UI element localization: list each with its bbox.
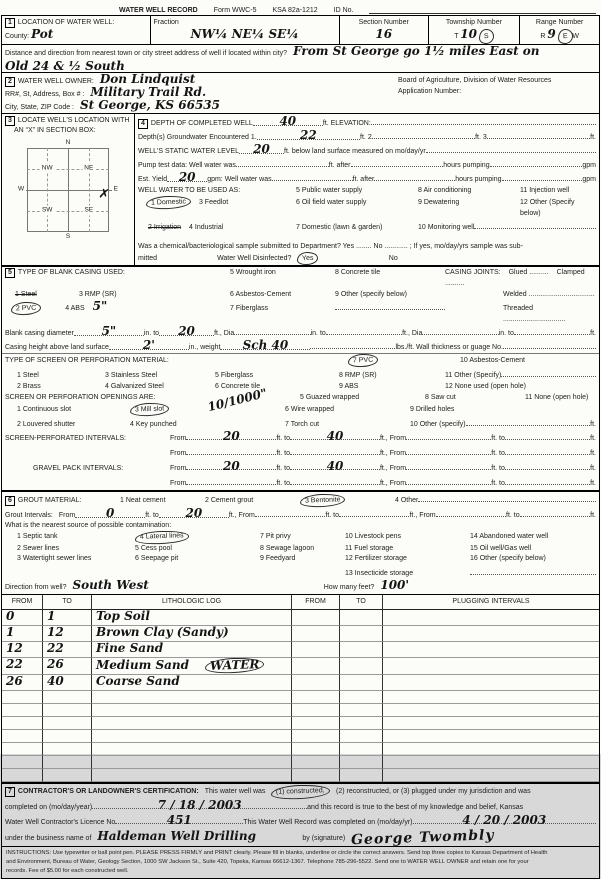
township-cell: Township Number T 10 S	[429, 16, 521, 44]
gpi-to-value: 40	[327, 459, 344, 473]
plug-row-from	[292, 717, 340, 730]
openings-4: 4 Key punched	[130, 419, 285, 430]
plug-row-from	[292, 691, 340, 704]
litho-row-to: 1	[43, 610, 92, 626]
gpi2-from-blank	[186, 475, 276, 485]
screen-material-10: 10 Asbestos-Cement	[460, 355, 596, 366]
openings-2: 2 Louvered shutter	[5, 419, 130, 430]
litho-row-to	[43, 756, 92, 769]
section-2-owner: 2 WATER WELL OWNER: Don Lindquist RR#, S…	[2, 72, 599, 113]
gpi-from-value: 20	[223, 459, 240, 473]
plug-row-to	[340, 691, 383, 704]
direction-label: Direction from well?	[5, 582, 66, 594]
yield-gpm-label: gpm	[582, 174, 596, 185]
board-line1: Board of Agriculture, Division of Water …	[398, 75, 595, 86]
use-option-10: 10 Monitoring well	[418, 222, 474, 233]
gpi2-blank-1	[406, 475, 491, 485]
gpi2-from-label: From	[170, 478, 186, 490]
section-6-number: 6	[5, 496, 15, 506]
grout-option-3-circled: 3 Bentonite	[300, 493, 346, 508]
groundwater-value: 22	[300, 128, 317, 142]
litho-row-log: Coarse Sand	[92, 675, 292, 691]
plug-row-desc	[383, 642, 599, 658]
litho-row-log	[92, 743, 292, 756]
col-header-from-2: FROM	[292, 595, 340, 610]
address-label: RR#, St, Address, Box # :	[5, 89, 84, 100]
quadrant-nw-label: NW	[40, 164, 55, 174]
screen-material-11: 11 Other (Specify)	[445, 370, 501, 381]
diameter-ft-label: ft.	[590, 328, 596, 339]
diameter-blank-5	[514, 325, 590, 335]
cert-body-1: This water well was	[205, 786, 266, 798]
weight-label: in., weight	[189, 342, 221, 353]
cert-body-2: (2) reconstructed, or (3) plugged under …	[336, 786, 531, 798]
business-name-label: under the business name of	[5, 832, 91, 846]
plug-row-from	[292, 642, 340, 658]
section-1-location: 1LOCATION OF WATER WELL: County: Pot Fra…	[2, 16, 599, 72]
form-header: WATER WELL RECORD Form WWC-5 KSA 82a-121…	[1, 2, 600, 15]
gpi2-blank-2	[505, 475, 590, 485]
casing-option-4: 4 ABS	[65, 305, 84, 312]
locate-title-line2: AN “X” IN SECTION BOX:	[5, 126, 131, 136]
spi2-ftto-label: ft. to	[276, 448, 290, 460]
use-option-7: 7 Domestic (lawn & garden)	[296, 222, 418, 233]
diameter-ftdia-2: ft., Dia	[402, 328, 422, 339]
plug-row-desc	[383, 743, 599, 756]
contam-2: 2 Sewer lines	[5, 544, 135, 555]
litho-row-from	[2, 743, 43, 756]
plug-row-from	[292, 675, 340, 691]
section-7-certification: 7 CONTRACTOR'S OR LANDOWNER'S CERTIFICAT…	[2, 782, 599, 846]
screen-material-9: 9 ABS	[333, 381, 445, 392]
joints-threaded: Threaded ...............................…	[445, 303, 596, 325]
section-1-title: LOCATION OF WATER WELL:	[18, 19, 114, 26]
use-option-4: 4 Industrial	[189, 224, 223, 231]
depth-completed-label: DEPTH OF COMPLETED WELL	[151, 118, 253, 129]
pump-gpm-label: gpm	[582, 160, 596, 171]
use-option-3: 3 Feedlot	[199, 199, 228, 206]
casing-height-label: Casing height above land surface	[5, 342, 109, 353]
plug-row-to	[340, 730, 383, 743]
plug-row-from	[292, 743, 340, 756]
compass-west-label: W	[16, 185, 26, 195]
contam-14: 14 Abandoned water well	[470, 532, 596, 543]
plug-row-to	[340, 675, 383, 691]
grout-option-1: 1 Neat cement	[120, 495, 205, 506]
casing-joints-label: CASING JOINTS:	[445, 269, 501, 276]
plug-row-to	[340, 642, 383, 658]
section-7-number: 7	[5, 787, 15, 797]
spi2-from-blank	[186, 445, 276, 455]
grout-option-2: 2 Cement grout	[205, 495, 300, 506]
casing-option-7: 7 Fiberglass	[230, 303, 335, 314]
plug-row-desc	[383, 730, 599, 743]
screen-material-3: 3 Stainless Steel	[105, 370, 215, 381]
spi-blank-2	[505, 430, 590, 440]
disinfected-yes-circled: Yes	[297, 252, 319, 266]
plug-row-desc	[383, 610, 599, 626]
gi-ftto-3: ft. to	[506, 510, 520, 521]
gpi-ftto-label: ft. to	[276, 463, 290, 475]
spi2-ft-end: ft.	[590, 448, 596, 460]
casing-option-6: 6 Asbestos-Cement	[230, 289, 335, 300]
use-option-12: 12 Other (Specify below)	[520, 197, 596, 219]
screen-material-7-circled: 7 PVC	[348, 353, 379, 367]
plug-row-to	[340, 756, 383, 769]
business-name-value: Haldeman Well Drilling	[97, 829, 302, 843]
well-location-x-mark: ✗	[98, 189, 110, 201]
plug-row-to	[340, 743, 383, 756]
plug-row-to	[340, 610, 383, 626]
litho-row-to	[43, 743, 92, 756]
use-title: WELL WATER TO BE USED AS:	[138, 185, 296, 196]
section-box-vdash-right	[89, 148, 90, 232]
contamination-question: What is the nearest source of possible c…	[5, 521, 171, 531]
col-header-to-1: TO	[43, 595, 92, 610]
section-3-number: 3	[5, 116, 15, 126]
range-value: 9	[547, 27, 555, 41]
plug-row-to	[340, 769, 383, 782]
county-label: County:	[5, 33, 29, 40]
litho-row-from	[2, 704, 43, 717]
spi-ft-end: ft.	[590, 433, 596, 445]
screen-material-1: 1 Steel	[5, 370, 105, 381]
plug-row-from	[292, 610, 340, 626]
weight-blank	[310, 339, 395, 349]
plug-row-desc	[383, 756, 599, 769]
use-option-11: 11 Injection well	[520, 185, 596, 196]
litho-row-to: 12	[43, 626, 92, 642]
contam-other-blank	[470, 565, 596, 575]
range-east-circled: E	[557, 29, 572, 45]
contam-7: 7 Pit privy	[260, 532, 345, 543]
plug-row-from	[292, 730, 340, 743]
licence-label: Water Well Contractor's Licence No	[5, 817, 115, 829]
disinfected-no: No	[389, 253, 398, 264]
form-number: Form WWC-5	[214, 7, 257, 14]
gi-ftfrom-label: ft., From	[229, 510, 255, 521]
section-1-number: 1	[5, 18, 15, 28]
openings-11: 11 None (open hole)	[525, 392, 596, 403]
screen-material-2: 2 Brass	[5, 381, 105, 392]
yield-rest-label: gpm: Well water was	[207, 174, 271, 185]
section-3-locate: 3LOCATE WELL'S LOCATION WITH AN “X” IN S…	[2, 114, 135, 265]
spi2-blank-2	[505, 445, 590, 455]
casing-option-2-circled: 2 PVC	[11, 301, 42, 315]
litho-row-to	[43, 717, 92, 730]
casing-option-3: 3 RMP (SR)	[79, 291, 117, 298]
screen-intervals-label: SCREEN-PERFORATED INTERVALS:	[5, 433, 170, 445]
gpi2-ftfrom-label: ft., From	[380, 478, 406, 490]
screen-material-title: TYPE OF SCREEN OR PERFORATION MATERIAL:	[5, 355, 348, 366]
completed-date-value: 7 / 18 / 2003	[158, 798, 242, 812]
completed-on-label: completed on (mo/day/year)	[5, 802, 92, 814]
contam-15: 15 Oil well/Gas well	[470, 544, 596, 555]
elevation-label: ft. ELEVATION:	[323, 118, 371, 129]
instructions-line1: INSTRUCTIONS: Use typewriter or ball poi…	[6, 849, 595, 858]
section-3-4: 3LOCATE WELL'S LOCATION WITH AN “X” IN S…	[2, 113, 599, 265]
township-t: T	[454, 33, 458, 40]
litho-row-log: Medium Sand WATER	[92, 658, 292, 675]
certification-title: CONTRACTOR'S OR LANDOWNER'S CERTIFICATIO…	[18, 786, 199, 798]
yield-gpm-blank	[502, 171, 583, 181]
yield-pumping-label: hours pumping	[455, 174, 501, 185]
litho-row-log	[92, 691, 292, 704]
diameter-into-3: in. to	[499, 328, 514, 339]
joints-welded: Welded .................................…	[445, 289, 596, 300]
screen-material-8: 8 RMP (SR)	[333, 370, 445, 381]
col-header-lithologic-log: LITHOLOGIC LOG	[92, 595, 292, 610]
section-box-diagram: N S W E NW NE SW SE ✗	[16, 140, 120, 240]
plug-row-desc	[383, 691, 599, 704]
litho-row-log	[92, 756, 292, 769]
contam-6: 6 Seepage pit	[135, 554, 260, 565]
openings-5: 5 Guazed wrapped	[300, 392, 425, 403]
wall-thickness-blank	[503, 339, 596, 349]
plug-row-from	[292, 704, 340, 717]
board-line2: Application Number:	[398, 86, 595, 97]
litho-row-log	[92, 717, 292, 730]
gi-blank-4	[520, 507, 590, 517]
groundwater-3-label: ft. 3	[475, 132, 487, 143]
gi-ft-end: ft.	[590, 510, 596, 521]
direction-value: South West	[72, 579, 148, 591]
gpi-ft-end: ft.	[590, 463, 596, 475]
instructions-block: INSTRUCTIONS: Use typewriter or ball poi…	[2, 846, 599, 878]
pump-hours-blank	[351, 157, 444, 167]
casing-title: TYPE OF BLANK CASING USED:	[18, 269, 125, 276]
gi-blank-2	[339, 507, 409, 517]
wall-thickness-label: lbs./ft. Wall thickness or guage No.	[395, 342, 503, 353]
constructed-circled: (1) constructed,	[271, 784, 330, 800]
county-cell: 1LOCATION OF WATER WELL: County: Pot	[2, 16, 151, 44]
pump-level-blank	[236, 157, 329, 167]
casing-option-5: 5 Wrought iron	[230, 267, 335, 278]
groundwater-3-blank	[487, 129, 590, 139]
gi-blank-3	[436, 507, 506, 517]
county-value: Pot	[31, 27, 53, 41]
screen-material-12: 12 None used (open hole)	[445, 381, 526, 392]
form-body: 1LOCATION OF WATER WELL: County: Pot Fra…	[1, 15, 600, 879]
litho-row-from	[2, 691, 43, 704]
section-4-number: 4	[138, 119, 148, 129]
casing-height-value: 2'	[143, 338, 155, 352]
sample-question-wrap: mitted	[138, 253, 157, 264]
casing-option-8: 8 Concrete tile	[335, 267, 445, 278]
litho-row-from	[2, 717, 43, 730]
contam-3: 3 Watertight sewer lines	[5, 554, 135, 565]
screen-material-5: 5 Fiberglass	[215, 370, 333, 381]
grout-other-blank	[418, 492, 596, 502]
elevation-blank	[371, 115, 596, 125]
plug-row-to	[340, 658, 383, 675]
depth-completed-value: 40	[279, 114, 296, 128]
plug-row-to	[340, 704, 383, 717]
litho-row-log	[92, 730, 292, 743]
plug-row-from	[292, 756, 340, 769]
openings-3-circled: 3 Mill slot	[130, 402, 170, 416]
casing-diameter-handwritten: 5"	[93, 299, 108, 313]
gi-blank-1	[255, 507, 325, 517]
use-other-blank	[474, 219, 596, 229]
plug-row-desc	[383, 675, 599, 691]
spi2-ftto-2: ft. to	[491, 448, 505, 460]
diameter-blank-3	[326, 325, 402, 335]
pump-gpm-blank	[490, 157, 583, 167]
grout-intervals-label: Grout Intervals:	[5, 510, 53, 521]
litho-row-to	[43, 704, 92, 717]
plug-row-desc	[383, 704, 599, 717]
city-value: St George, KS 66535	[80, 100, 220, 111]
gpi-blank-2	[505, 460, 590, 470]
pump-pumping-label: hours pumping	[443, 160, 489, 171]
township-south-circled: S	[479, 29, 494, 45]
use-option-8: 8 Air conditioning	[418, 185, 520, 196]
litho-row-to: 22	[43, 642, 92, 658]
feet-value: 100'	[380, 579, 409, 591]
quadrant-ne-label: NE	[82, 164, 95, 174]
plug-row-from	[292, 769, 340, 782]
gpi-ftto-2: ft. to	[491, 463, 505, 475]
locate-title-line1: LOCATE WELL'S LOCATION WITH	[18, 117, 130, 124]
col-header-to-2: TO	[340, 595, 383, 610]
yield-level-blank	[272, 171, 353, 181]
township-value: 10	[460, 27, 477, 41]
section-2-number: 2	[5, 77, 15, 87]
diameter-to-value: 20	[178, 324, 195, 338]
screen-openings-block: 10/1000" SCREEN OR PERFORATION OPENINGS …	[2, 392, 599, 430]
section-number-cell: Section Number 16	[340, 16, 429, 44]
contam-8: 8 Sewage lagoon	[260, 544, 345, 555]
water-note-circled: WATER	[205, 657, 265, 674]
grout-title: GROUT MATERIAL:	[18, 497, 82, 504]
spi2-to-blank	[290, 445, 380, 455]
litho-row-from	[2, 730, 43, 743]
litho-row-log: Brown Clay (Sandy)	[92, 626, 292, 642]
section-5-number: 5	[5, 268, 15, 278]
groundwater-2-label: ft. 2	[360, 132, 372, 143]
contam-10: 10 Livestock pens	[345, 532, 470, 543]
casing-option-1-struck: 1 Steel	[15, 289, 77, 300]
gpi2-ftto-label: ft. to	[276, 478, 290, 490]
plug-row-desc	[383, 769, 599, 782]
instructions-line2: and Environment, Bureau of Water, Geolog…	[6, 858, 595, 867]
range-west: W	[572, 33, 579, 40]
litho-row-to	[43, 730, 92, 743]
quadrant-sw-label: SW	[40, 206, 54, 216]
section-4-well-data: 4 DEPTH OF COMPLETED WELL 40 ft. ELEVATI…	[135, 114, 599, 265]
gpi-ftfrom-label: ft., From	[380, 463, 406, 475]
contam-12: 12 Fertilizer storage	[345, 554, 470, 565]
spi-blank-1	[406, 430, 491, 440]
contam-4-circled: 4 Lateral lines	[135, 530, 189, 544]
contam-11: 11 Fuel storage	[345, 544, 470, 555]
instructions-line3: records. Fee of $5.00 for each construct…	[6, 867, 595, 876]
compass-north-label: N	[64, 138, 73, 148]
gi-ftfrom-2: ft., From	[409, 510, 435, 521]
gi-to-value: 20	[185, 506, 202, 520]
diameter-label: Blank casing diameter	[5, 328, 74, 339]
static-date-blank	[426, 143, 596, 153]
use-option-1-circled: 1 Domestic	[146, 195, 191, 210]
contam-16: 16 Other (specify below)	[470, 554, 596, 565]
section-number-value: 16	[375, 27, 392, 41]
compass-south-label: S	[64, 232, 72, 242]
openings-10-ft: ft.	[590, 419, 596, 430]
gravel-intervals-label: GRAVEL PACK INTERVALS:	[5, 463, 170, 475]
fraction-value: NW¼ NE¼ SE¼	[191, 27, 299, 41]
range-label: Range Number	[523, 17, 596, 28]
distance-value-line1: From St George go 1½ miles East on	[293, 45, 539, 58]
section-box-vdash-left	[47, 148, 48, 232]
contam-1: 1 Septic tank	[5, 532, 135, 543]
openings-8: 8 Saw cut	[425, 392, 525, 403]
joints-glued: Glued ..........	[509, 269, 549, 276]
spi-to-value: 40	[327, 429, 344, 443]
water-well-record-form: WATER WELL RECORD Form WWC-5 KSA 82a-121…	[0, 0, 601, 754]
static-level-value: 20	[253, 142, 270, 156]
litho-row-from: 0	[2, 610, 43, 626]
quadrant-se-label: SE	[82, 206, 95, 216]
gi-from-label: From	[59, 510, 75, 521]
plug-row-to	[340, 717, 383, 730]
casing-other-blank	[335, 300, 445, 310]
distance-value-line2: Old 24 & ½ South	[5, 60, 125, 72]
spi-ftto-label: ft. to	[276, 433, 290, 445]
owner-fields: 2 WATER WELL OWNER: Don Lindquist RR#, S…	[2, 73, 394, 113]
plug-row-from	[292, 626, 340, 642]
gi-ftto-label: ft. to	[145, 510, 159, 521]
range-cell: Range Number R 9 EW	[520, 16, 599, 44]
litho-row-log	[92, 704, 292, 717]
litho-row-log	[92, 769, 292, 782]
id-number-blank	[369, 5, 596, 14]
yield-value: 20	[179, 170, 196, 184]
casing-option-9: 9 Other (specify below)	[335, 289, 445, 300]
form-statute: KSA 82a-1212	[272, 7, 317, 14]
col-header-plugging-intervals: PLUGGING INTERVALS	[383, 595, 599, 610]
yield-hours-blank	[374, 171, 455, 181]
openings-9: 9 Drilled holes	[410, 404, 596, 415]
plug-row-to	[340, 626, 383, 642]
plug-row-desc	[383, 658, 599, 675]
litho-row-from	[2, 756, 43, 769]
gpi2-ftto-2: ft. to	[491, 478, 505, 490]
openings-6: 6 Wire wrapped	[285, 404, 410, 415]
grout-option-4: 4 Other	[395, 495, 418, 506]
openings-10-blank	[466, 416, 591, 426]
litho-row-to: 40	[43, 675, 92, 691]
litho-row-from: 12	[2, 642, 43, 658]
id-number-label: ID No.	[334, 7, 354, 14]
litho-row-log: Top Soil	[92, 610, 292, 626]
openings-7: 7 Torch cut	[285, 419, 410, 430]
spi2-blank-1	[406, 445, 491, 455]
city-label: City, State, ZIP Code :	[5, 102, 74, 113]
gpi-blank-1	[406, 460, 491, 470]
feet-label: How many feet?	[324, 582, 375, 594]
litho-row-to: 26	[43, 658, 92, 675]
form-title: WATER WELL RECORD	[119, 7, 198, 14]
static-level-label: WELL'S STATIC WATER LEVEL	[138, 146, 239, 157]
diameter-into-2: in. to	[311, 328, 326, 339]
spi2-ftfrom-label: ft., From	[380, 448, 406, 460]
litho-row-from: 26	[2, 675, 43, 691]
openings-10: 10 Other (specify)	[410, 419, 466, 430]
yield-label: Est. Yield	[138, 174, 167, 185]
groundwater-2-blank	[372, 129, 475, 139]
litho-row-to	[43, 691, 92, 704]
